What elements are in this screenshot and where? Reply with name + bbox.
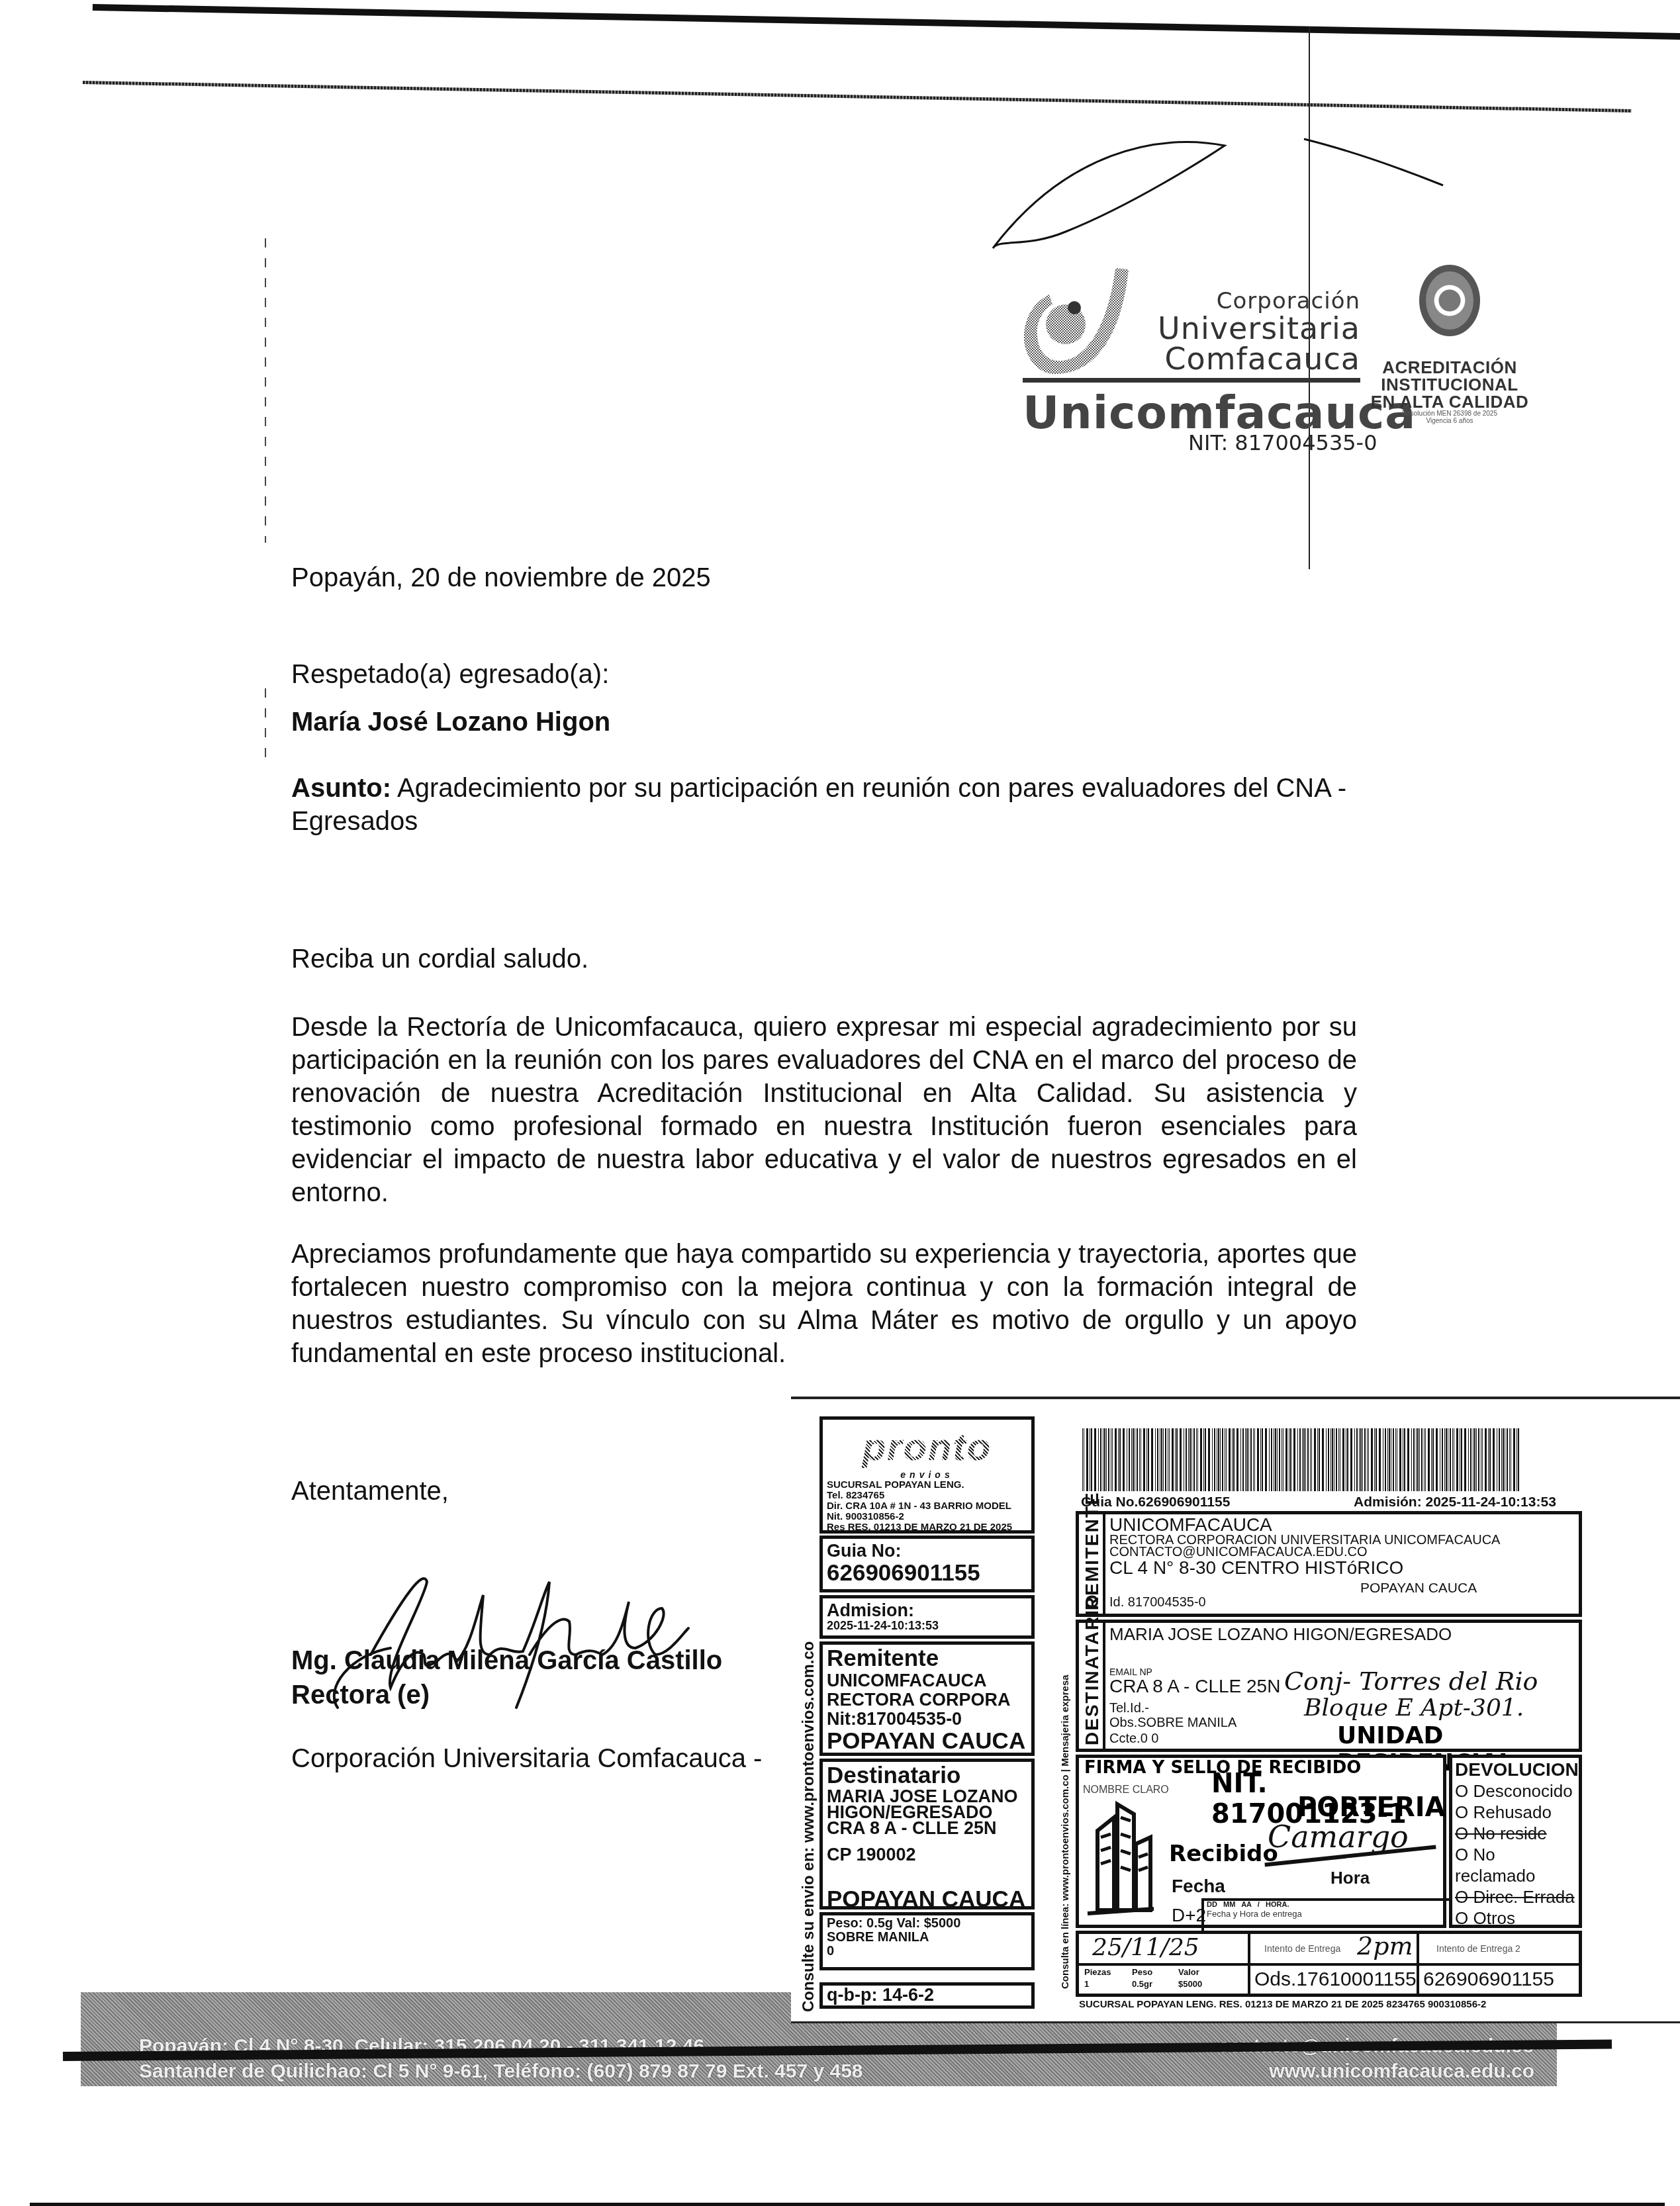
- scan-edge-line: [93, 4, 1680, 40]
- return-reasons-block: DEVOLUCION O DesconocidoO RehusadoO No r…: [1449, 1755, 1582, 1928]
- value-amount: $5000: [1178, 1979, 1202, 1989]
- sender-line: Nit:817004535-0: [827, 1710, 1027, 1729]
- scan-margin-marks: [265, 688, 266, 768]
- letter-salutation: Respetado(a) egresado(a):: [291, 658, 609, 691]
- return-option: O Desconocido: [1455, 1780, 1576, 1802]
- delivery-attempts-block: 25/11/25 Intento de Entrega 2pm Intento …: [1076, 1931, 1582, 1997]
- return-option: O No reside: [1455, 1823, 1576, 1844]
- handwritten-address: Bloque E Apt-301.: [1304, 1694, 1524, 1722]
- admission-label: Admision:: [827, 1601, 1027, 1620]
- pieces-label: Piezas: [1084, 1967, 1111, 1977]
- return-options: O DesconocidoO RehusadoO No resideO No r…: [1455, 1780, 1576, 1929]
- institution-nit: NIT: 817004535-0: [1188, 430, 1377, 455]
- divider: [1103, 1514, 1105, 1614]
- divider: [1079, 1963, 1582, 1966]
- sender-box: Remitente UNICOMFACAUCA RECTORA CORPORA …: [819, 1641, 1035, 1756]
- accreditation-badge: ACREDITACIÓN INSTITUCIONAL EN ALTA CALID…: [1370, 265, 1529, 437]
- letter-recipient: María José Lozano Higon: [291, 706, 610, 739]
- courier-header-box: pronto envios SUCURSAL POPAYAN LENG. Tel…: [819, 1416, 1035, 1534]
- letter-closing: Atentamente,: [291, 1475, 449, 1508]
- recipient-postal-code: CP 190002: [827, 1845, 1027, 1864]
- attempt-label: Intento de Entrega 2: [1436, 1943, 1520, 1954]
- guide-number: 626906901155: [827, 1561, 1027, 1586]
- accreditation-seal-icon: [1419, 265, 1480, 336]
- sender-name: UNICOMFACAUCA: [1109, 1516, 1272, 1534]
- admission-header: Admisión: 2025-11-24-10:13:53: [1354, 1497, 1556, 1508]
- recipient-tag: DESTINATARIO: [1082, 1593, 1103, 1745]
- observations: Obs.SOBRE MANILA: [1109, 1716, 1237, 1731]
- return-title: DEVOLUCION: [1455, 1759, 1576, 1780]
- accreditation-title: ACREDITACIÓN INSTITUCIONAL EN ALTA CALID…: [1370, 359, 1529, 410]
- time-label: Hora: [1330, 1868, 1370, 1888]
- institution-logo: Corporación Universitaria Comfacauca Uni…: [1023, 261, 1360, 453]
- sender-heading: Remitente: [827, 1646, 1027, 1671]
- package-info-box: Peso: 0.5g Val: $5000 SOBRE MANILA 0: [819, 1912, 1035, 1970]
- sender-tag: REMITENTE: [1082, 1491, 1103, 1610]
- letter-date: Popayán, 20 de noviembre de 2025: [291, 561, 711, 594]
- courier-resolution: Res RES. 01213 DE MARZO 21 DE 2025: [827, 1522, 1027, 1533]
- scan-edge-line: [83, 81, 1632, 113]
- date-columns: DD MM AA / HORA.: [1204, 1901, 1449, 1909]
- tel-label: Tel.Id.-: [1109, 1701, 1149, 1716]
- date-label: Fecha: [1172, 1876, 1225, 1897]
- delivery-datetime-field: DD MM AA / HORA. Fecha y Hora de entrega: [1201, 1898, 1449, 1931]
- pieces-value: 1: [1084, 1979, 1089, 1989]
- route-code-box: q-b-p: 14-6-2: [819, 1982, 1035, 2009]
- scan-margin-marks: [265, 238, 266, 543]
- letter-greeting: Reciba un cordial saludo.: [291, 942, 588, 976]
- courier-branch: SUCURSAL POPAYAN LENG.: [827, 1480, 1027, 1491]
- letter-paragraph: Desde la Rectoría de Unicomfacauca, quie…: [291, 1011, 1357, 1209]
- handwritten-address: Conj- Torres del Rio: [1284, 1667, 1538, 1696]
- package-content: SOBRE MANILA: [827, 1931, 1027, 1945]
- recipient-heading: Destinatario: [827, 1763, 1027, 1788]
- accreditation-fine-print: Vigencia 6 años: [1370, 418, 1529, 425]
- footer-website: www.unicomfacauca.edu.co: [1218, 2059, 1534, 2084]
- recipient-city: POPAYAN CAUCA: [827, 1887, 1027, 1912]
- courier-logo: pronto: [827, 1425, 1027, 1469]
- logo-text-line: Comfacauca: [1164, 341, 1360, 377]
- order-number: Ods.17610001155: [1254, 1968, 1417, 1991]
- signer-role: Rectora (e): [291, 1678, 430, 1712]
- divider: [1248, 1934, 1250, 1995]
- received-by-handwritten: Camargo: [1268, 1819, 1409, 1855]
- date-caption: Fecha y Hora de entrega: [1204, 1909, 1449, 1919]
- courier-footnote: SUCURSAL POPAYAN LENG. RES. 01213 DE MAR…: [1079, 1999, 1486, 2010]
- subject-label: Asunto:: [291, 774, 391, 803]
- scan-edge-line: [30, 2203, 1665, 2206]
- attempt-label: Intento de Entrega: [1264, 1943, 1340, 1954]
- sender-city: POPAYAN CAUCA: [827, 1729, 1027, 1754]
- guide-label: Guia No:: [827, 1541, 1027, 1561]
- signer-name: Mg. Claudia Milena García Castillo: [291, 1644, 722, 1677]
- divider: [1417, 1934, 1419, 1995]
- return-option: O Rehusado: [1455, 1802, 1576, 1823]
- unicomfacauca-emblem-icon: [1023, 261, 1129, 381]
- guide-number-box: Guia No: 626906901155: [819, 1536, 1035, 1592]
- pen-mark: [986, 132, 1450, 252]
- label-side-text: Consulta en línea: www.prontoenvios.com.…: [1060, 1675, 1071, 1989]
- weight-label: Peso: [1132, 1967, 1152, 1977]
- received-label: Recibido: [1169, 1841, 1278, 1867]
- courier-tel: Tel. 8234765: [827, 1491, 1027, 1501]
- building-stamp-icon: [1084, 1798, 1157, 1917]
- recipient-block: DESTINATARIO MARIA JOSE LOZANO HIGON/EGR…: [1076, 1620, 1582, 1752]
- route-code: q-b-p: 14-6-2: [827, 1986, 1027, 2005]
- handwritten-attempt-time: 2pm: [1357, 1931, 1413, 1960]
- admission-box: Admision: 2025-11-24-10:13:53: [819, 1595, 1035, 1639]
- organization-name: Corporación Universitaria Comfacauca -: [291, 1742, 762, 1775]
- courier-nit: Nit. 900310856-2: [827, 1512, 1027, 1522]
- sender-line: UNICOMFACAUCA: [827, 1671, 1027, 1690]
- clear-name-label: NOMBRE CLARO: [1083, 1784, 1169, 1796]
- ccte: Ccte.0 0: [1109, 1731, 1158, 1747]
- guide-number-footer: 626906901155: [1423, 1968, 1554, 1991]
- recipient-box: Destinatario MARIA JOSE LOZANO HIGON/EGR…: [819, 1759, 1035, 1909]
- weight-value: 0.5gr: [1132, 1979, 1152, 1989]
- return-option: O Otros: [1455, 1907, 1576, 1929]
- admission-datetime: 2025-11-24-10:13:53: [827, 1620, 1027, 1631]
- courier-logo-sub: envios: [827, 1469, 1027, 1480]
- logo-divider: [1023, 378, 1360, 383]
- courier-address: Dir. CRA 10A # 1N - 43 BARRIO MODEL: [827, 1501, 1027, 1512]
- subject-text: Agradecimiento por su participación en r…: [291, 774, 1346, 836]
- letter-subject: Asunto: Agradecimiento por su participac…: [291, 772, 1350, 838]
- package-extra: 0: [827, 1945, 1027, 1958]
- sender-block: REMITENTE UNICOMFACAUCA RECTORA CORPORAC…: [1076, 1511, 1582, 1617]
- sender-line: RECTORA CORPORA: [827, 1690, 1027, 1710]
- sender-address: CL 4 N° 8-30 CENTRO HISTóRICO: [1109, 1558, 1403, 1578]
- divider: [1103, 1623, 1105, 1749]
- recipient-name: MARIA JOSE LOZANO HIGON/EGRESADO: [1109, 1624, 1452, 1645]
- guide-number-header: Guia No.626906901155: [1081, 1497, 1230, 1508]
- letter-paragraph: Apreciamos profundamente que haya compar…: [291, 1238, 1357, 1370]
- package-weight-value: Peso: 0.5g Val: $5000: [827, 1917, 1027, 1931]
- handwritten-delivery-date: 25/11/25: [1092, 1934, 1199, 1961]
- value-label: Valor: [1178, 1967, 1199, 1977]
- sender-id: Id. 817004535-0: [1109, 1595, 1206, 1610]
- recipient-line: CRA 8 A - CLLE 25N: [827, 1820, 1027, 1836]
- sender-email: CONTACTO@UNICOMFACAUCA.EDU.CO: [1109, 1546, 1368, 1558]
- return-option: O Direc. Errada: [1455, 1886, 1576, 1907]
- return-option: O No reclamado: [1455, 1844, 1576, 1886]
- label-side-text: Consulte su envio en: www.prontoenvios.c…: [800, 1641, 818, 2012]
- recipient-address: CRA 8 A - CLLE 25N: [1109, 1676, 1280, 1697]
- receipt-block: FIRMA Y SELLO DE RECIBIDO NIT. 817001123…: [1076, 1755, 1446, 1928]
- sender-city: POPAYAN CAUCA: [1360, 1581, 1477, 1596]
- barcode: [1082, 1428, 1526, 1491]
